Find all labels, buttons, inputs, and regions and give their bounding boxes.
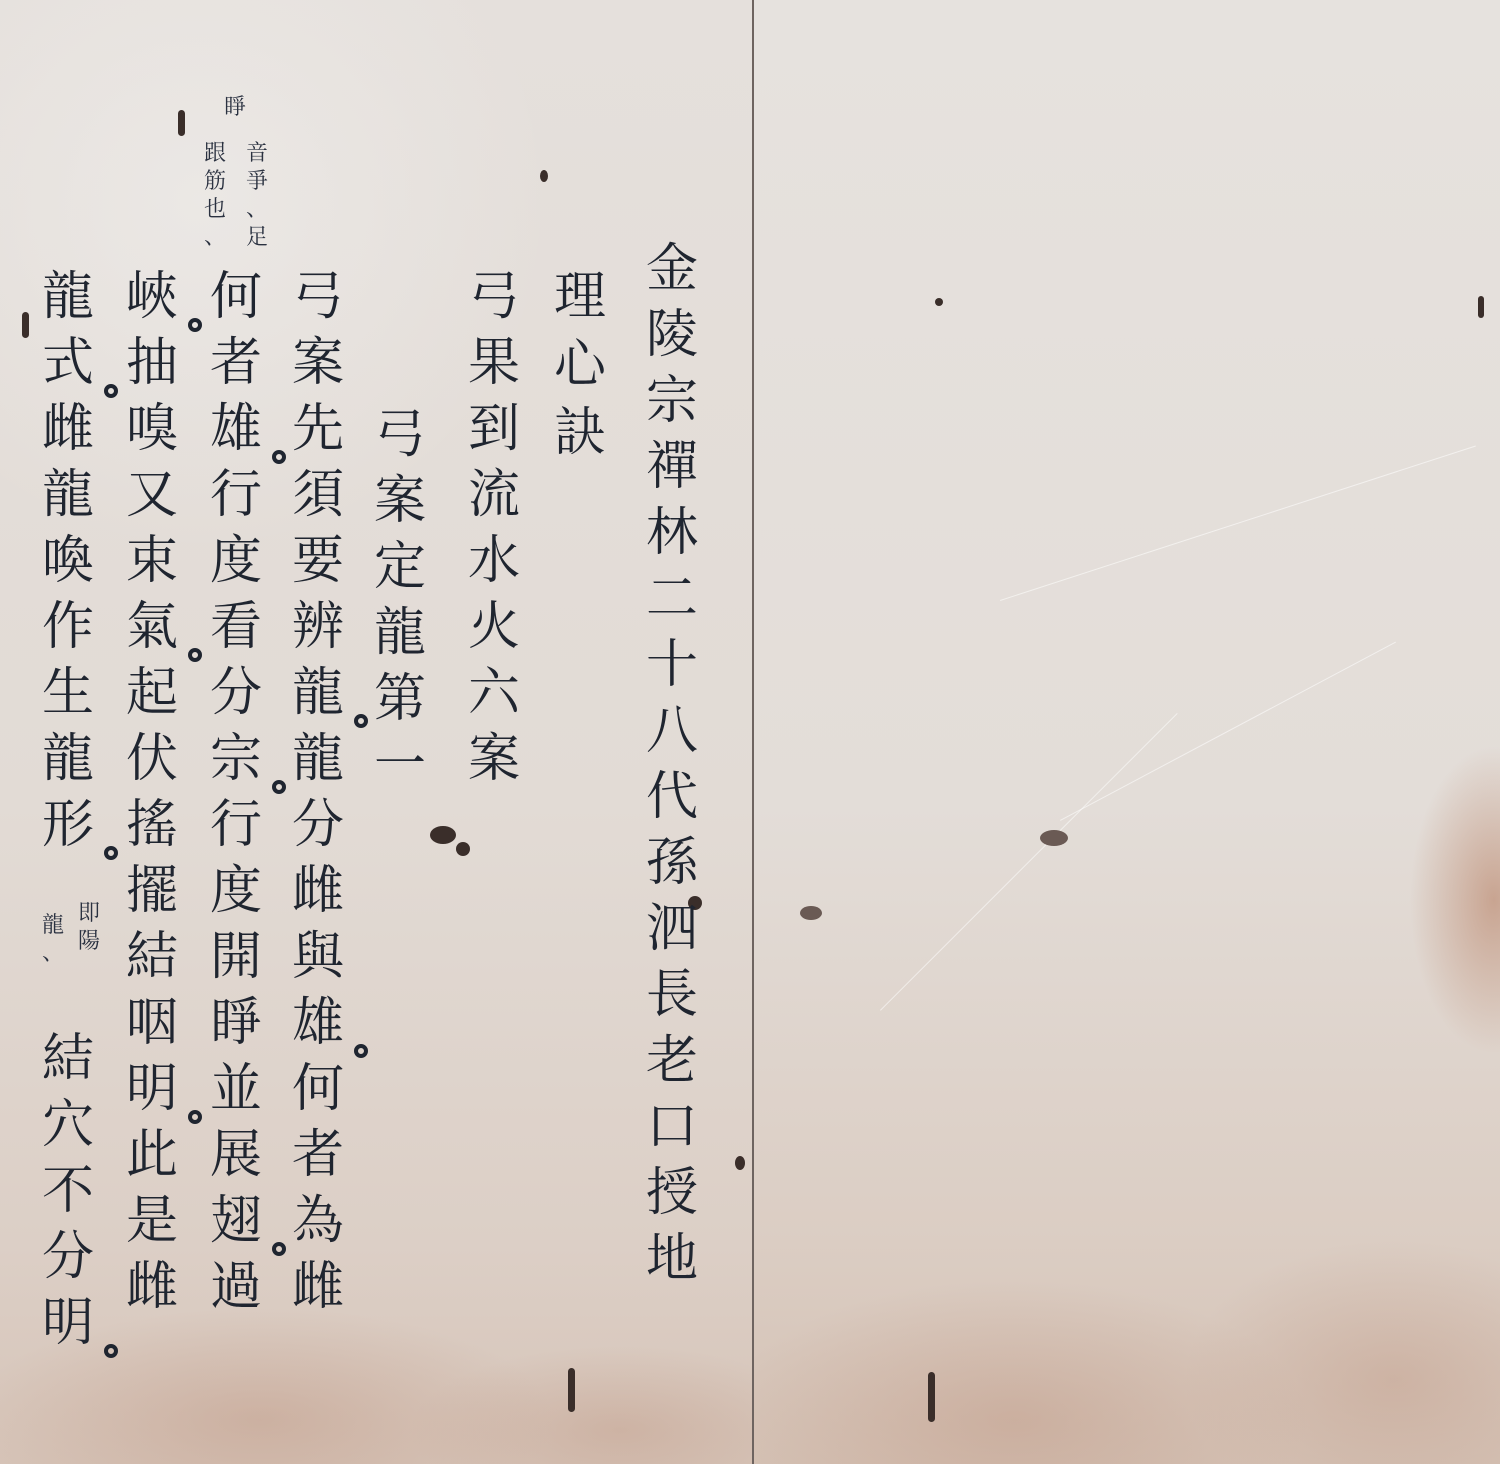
character: 宗 (204, 726, 268, 792)
annotation-character: 足 (244, 224, 270, 252)
character: 雄 (204, 396, 268, 462)
annotation-character: 跟 (202, 140, 228, 168)
wormhole (1040, 830, 1068, 846)
character: 何 (204, 264, 268, 330)
character: 搖 (120, 792, 184, 858)
character: 雌 (286, 1254, 350, 1320)
annotation-character: 筋 (202, 168, 228, 196)
text-column: 峽抽嗅又束氣起伏搖擺結咽明此是雌 (120, 264, 184, 1320)
wormhole (735, 1156, 745, 1170)
character: 者 (204, 330, 268, 396)
character: 雌 (120, 1254, 184, 1320)
character: 分 (36, 1224, 100, 1290)
text-column-section-heading: 弓案定龍第一 (368, 402, 432, 798)
text-column-heading: 理心訣 (548, 264, 612, 468)
wormhole (456, 842, 470, 856)
character: 度 (204, 858, 268, 924)
character: 伏 (120, 726, 184, 792)
character: 先 (286, 396, 350, 462)
character: 結 (36, 1026, 100, 1092)
character: 禪 (640, 434, 704, 500)
wormhole (800, 906, 822, 920)
character: 明 (120, 1056, 184, 1122)
character: 分 (204, 660, 268, 726)
character: 明 (36, 1290, 100, 1356)
text-column: 結穴不分明 (36, 1026, 100, 1356)
character: 理 (548, 264, 612, 332)
character: 翅 (204, 1188, 268, 1254)
text-column: 弓案先須要辨龍龍分雌與雄何者為雌 (286, 264, 350, 1320)
character: 行 (204, 792, 268, 858)
wormhole (1478, 296, 1484, 318)
character: 分 (286, 792, 350, 858)
character: 果 (462, 330, 526, 396)
character: 睜 (204, 990, 268, 1056)
character: 又 (120, 462, 184, 528)
character: 流 (462, 462, 526, 528)
character: 陵 (640, 302, 704, 368)
character: 束 (120, 528, 184, 594)
character: 過 (204, 1254, 268, 1320)
character: 要 (286, 528, 350, 594)
character: 形 (36, 792, 100, 858)
character: 地 (640, 1226, 704, 1292)
character: 雌 (286, 858, 350, 924)
character: 作 (36, 594, 100, 660)
text-column-title: 金陵宗禪林二十八代孫泗長老口授地 (640, 236, 704, 1292)
circle-punctuation-mark (104, 384, 118, 398)
circle-punctuation-mark (188, 318, 202, 332)
character: 龍 (36, 726, 100, 792)
circle-punctuation-mark (188, 1110, 202, 1124)
circle-punctuation-mark (272, 1242, 286, 1256)
annotation-gloss-line: 跟筋也、 (202, 140, 228, 252)
character: 開 (204, 924, 268, 990)
annotation-character: 音 (244, 140, 270, 168)
character: 龍 (36, 462, 100, 528)
character: 辨 (286, 594, 350, 660)
character: 弓 (462, 264, 526, 330)
text-column: 龍式雌龍喚作生龍形 (36, 264, 100, 858)
character: 一 (368, 732, 432, 798)
character: 十 (640, 632, 704, 698)
character: 龍 (286, 660, 350, 726)
character: 第 (368, 666, 432, 732)
wormhole (178, 110, 185, 136)
circle-punctuation-mark (272, 780, 286, 794)
character: 案 (462, 726, 526, 792)
character: 穴 (36, 1092, 100, 1158)
character: 此 (120, 1122, 184, 1188)
annotation-character: 、 (202, 224, 228, 252)
character: 水 (462, 528, 526, 594)
character: 口 (640, 1094, 704, 1160)
character: 須 (286, 462, 350, 528)
character: 並 (204, 1056, 268, 1122)
character: 嗅 (120, 396, 184, 462)
character: 起 (120, 660, 184, 726)
circle-punctuation-mark (354, 1044, 368, 1058)
character: 心 (548, 332, 612, 400)
character: 案 (368, 468, 432, 534)
character: 泗 (640, 896, 704, 962)
character: 林 (640, 500, 704, 566)
character: 金 (640, 236, 704, 302)
wormhole (928, 1372, 935, 1422)
page-gutter-line (752, 0, 754, 1464)
character: 峽 (120, 264, 184, 330)
character: 雌 (36, 396, 100, 462)
character: 咽 (120, 990, 184, 1056)
character: 老 (640, 1028, 704, 1094)
character: 為 (286, 1188, 350, 1254)
annotation-inline: 即陽 (76, 900, 102, 956)
character: 不 (36, 1158, 100, 1224)
character: 看 (204, 594, 268, 660)
character: 龍 (368, 600, 432, 666)
character: 授 (640, 1160, 704, 1226)
character: 度 (204, 528, 268, 594)
character: 結 (120, 924, 184, 990)
character: 式 (36, 330, 100, 396)
text-column: 何者雄行度看分宗行度開睜並展翅過 (204, 264, 268, 1320)
character: 氣 (120, 594, 184, 660)
character: 抽 (120, 330, 184, 396)
character: 弓 (286, 264, 350, 330)
character: 與 (286, 924, 350, 990)
annotation-character: 、 (244, 196, 270, 224)
character: 是 (120, 1188, 184, 1254)
wormhole (568, 1368, 575, 1412)
character: 龍 (36, 264, 100, 330)
character: 喚 (36, 528, 100, 594)
annotation-character: 、 (40, 940, 66, 968)
character: 六 (462, 660, 526, 726)
wormhole (430, 826, 456, 844)
circle-punctuation-mark (188, 648, 202, 662)
character: 到 (462, 396, 526, 462)
circle-punctuation-mark (272, 450, 286, 464)
character: 行 (204, 462, 268, 528)
character: 孫 (640, 830, 704, 896)
annotation-inline: 龍、 (40, 912, 66, 968)
character: 長 (640, 962, 704, 1028)
annotation-character: 即 (76, 900, 102, 928)
character: 宗 (640, 368, 704, 434)
character: 雄 (286, 990, 350, 1056)
character: 何 (286, 1056, 350, 1122)
right-page-blank (754, 0, 1500, 1464)
character: 弓 (368, 402, 432, 468)
circle-punctuation-mark (354, 714, 368, 728)
book-spread: 金陵宗禪林二十八代孫泗長老口授地 理心訣 弓果到流水火六案 弓案定龍第一 弓案先… (0, 0, 1500, 1464)
character: 火 (462, 594, 526, 660)
annotation-gloss-line: 音爭、足 (244, 140, 270, 252)
text-column: 弓果到流水火六案 (462, 264, 526, 792)
wormhole (22, 312, 29, 338)
annotation-character: 龍 (40, 912, 66, 940)
annotation-head-char: 睜 (222, 94, 248, 122)
character: 擺 (120, 858, 184, 924)
wormhole (935, 298, 943, 306)
character: 八 (640, 698, 704, 764)
character: 定 (368, 534, 432, 600)
character: 龍 (286, 726, 350, 792)
annotation-gloss: 睜 (222, 94, 248, 122)
circle-punctuation-mark (104, 846, 118, 860)
wormhole (540, 170, 548, 182)
character: 代 (640, 764, 704, 830)
character: 二 (640, 566, 704, 632)
circle-punctuation-mark (104, 1344, 118, 1358)
annotation-character: 陽 (76, 928, 102, 956)
character: 生 (36, 660, 100, 726)
character: 者 (286, 1122, 350, 1188)
character: 訣 (548, 400, 612, 468)
character: 案 (286, 330, 350, 396)
character: 展 (204, 1122, 268, 1188)
annotation-character: 也 (202, 196, 228, 224)
annotation-character: 爭 (244, 168, 270, 196)
